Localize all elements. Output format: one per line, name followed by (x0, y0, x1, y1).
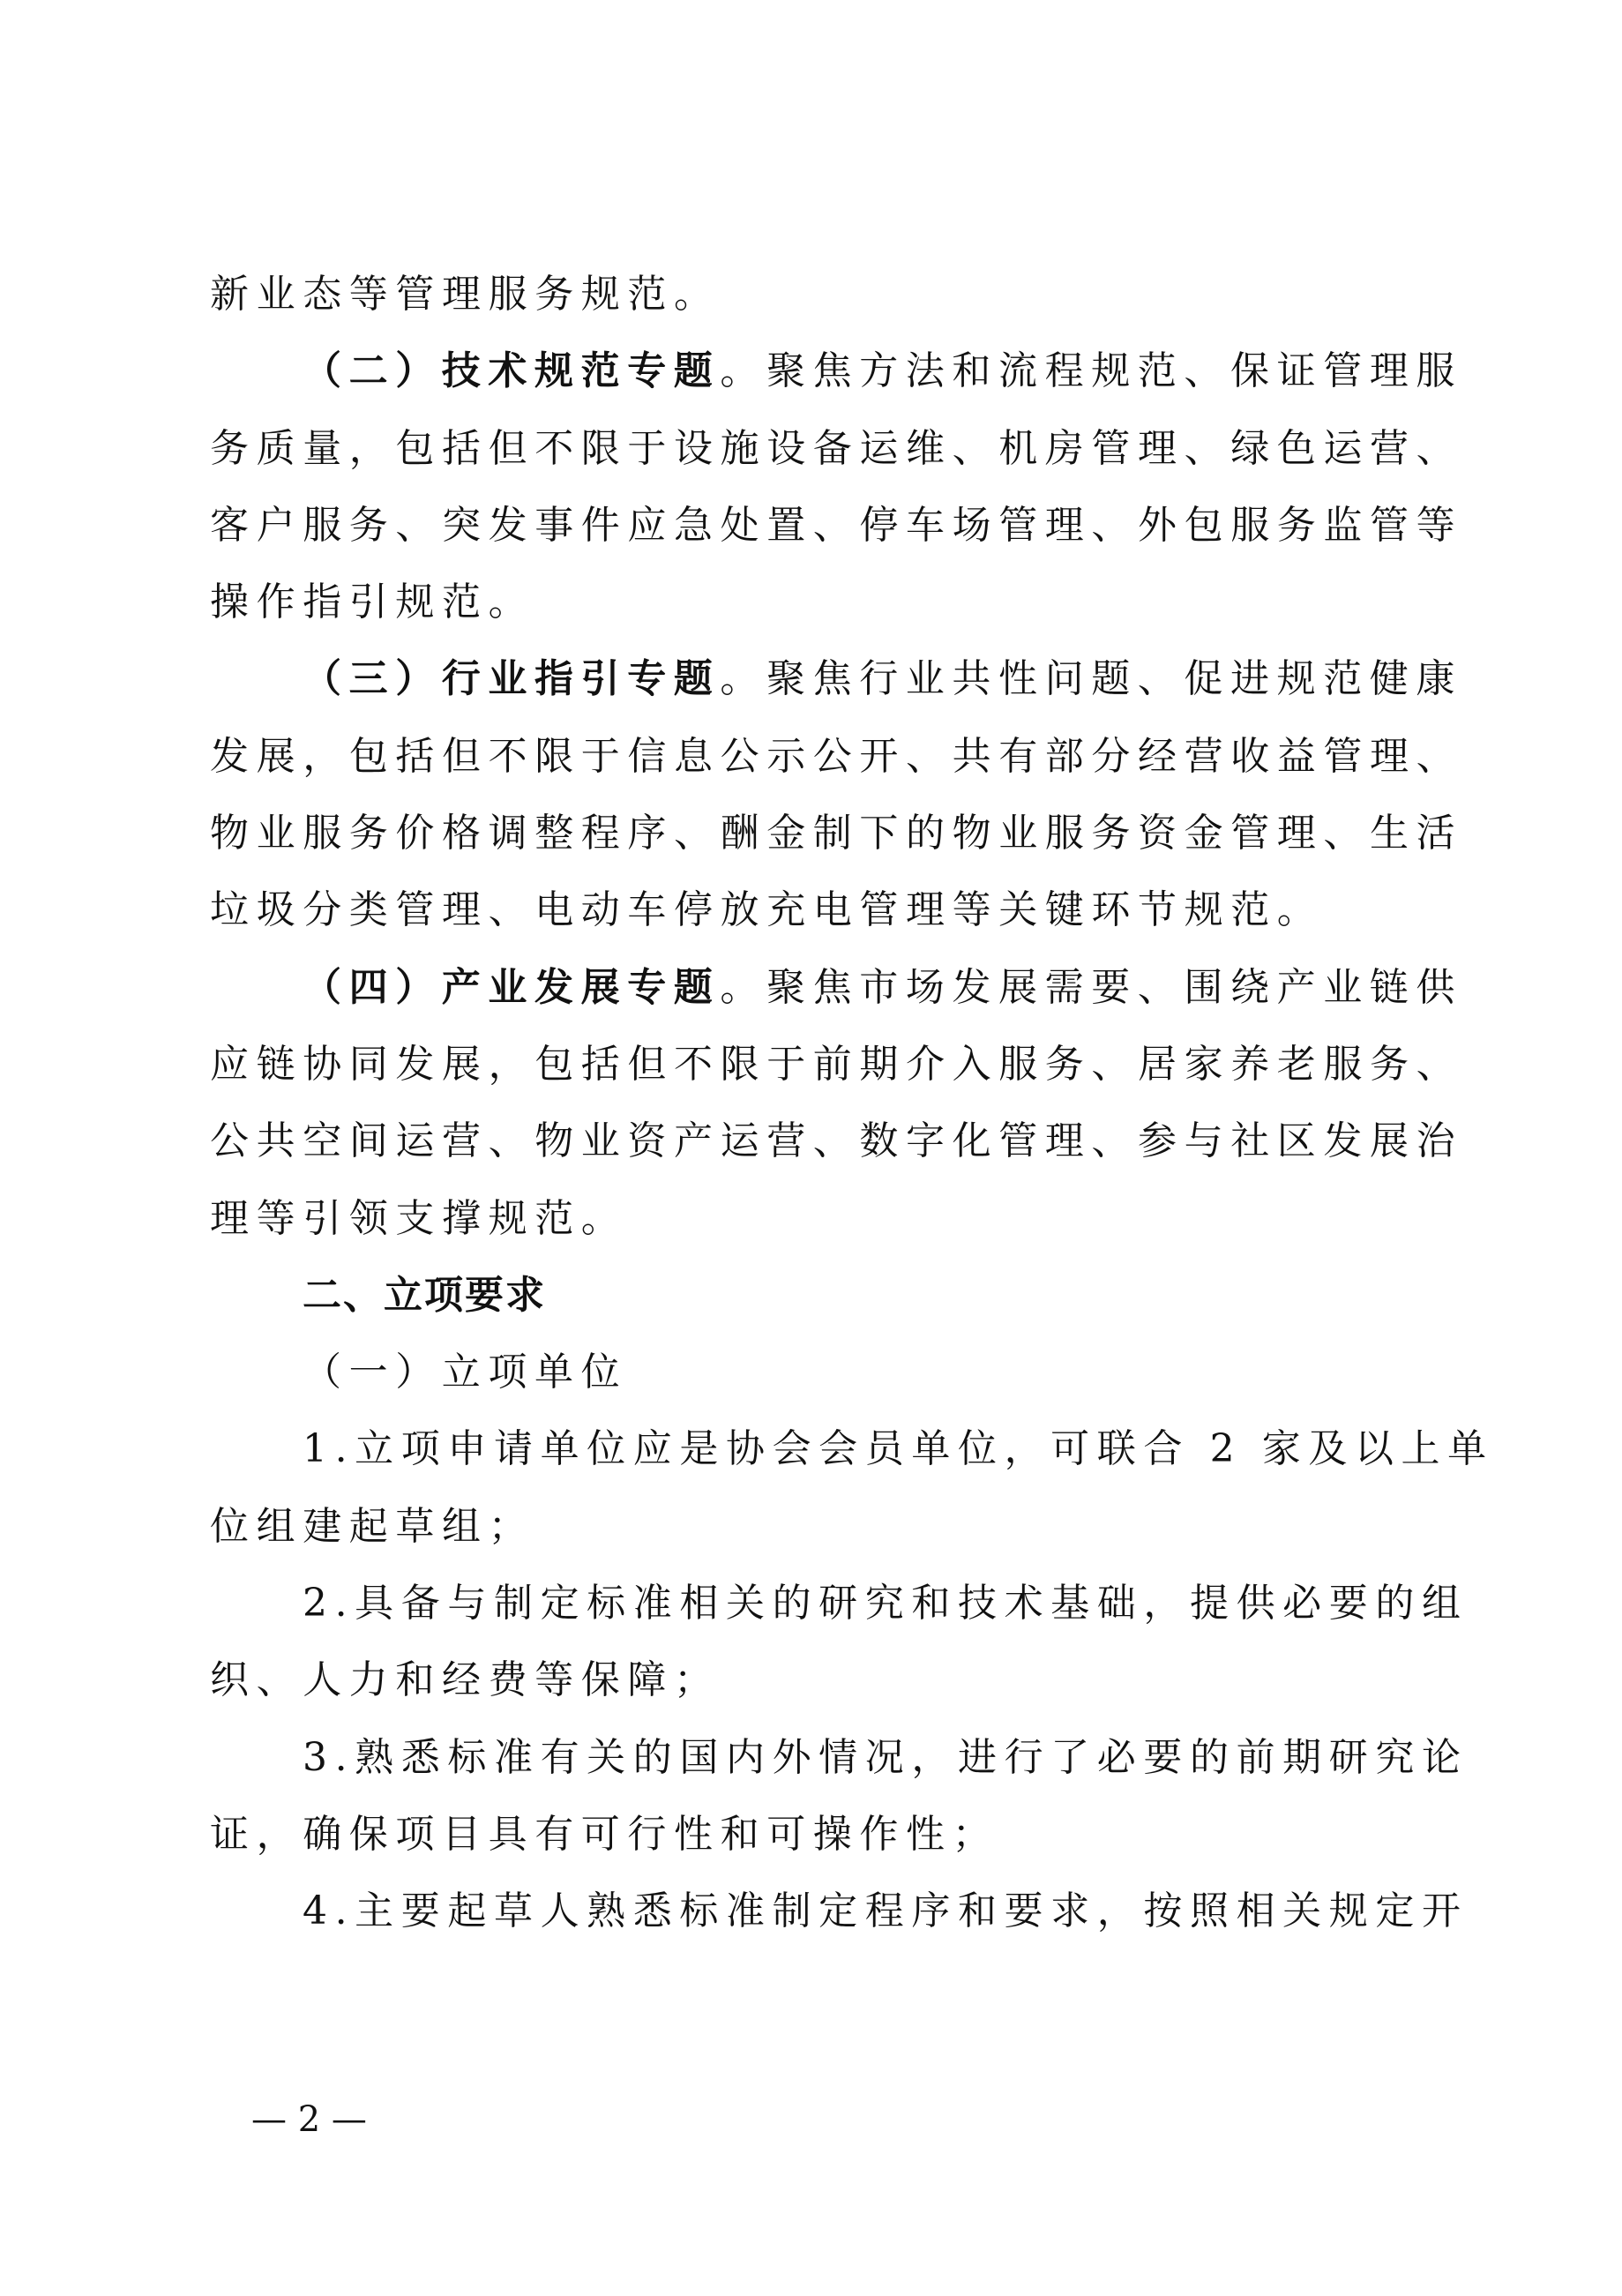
line-text: 织、人力和经费等保障； (210, 1657, 721, 1702)
line-text: 操作指引规范。 (210, 580, 534, 624)
list-item-line: 位组建起草组； (210, 1488, 1416, 1565)
subsection-heading: （一）立项单位 (210, 1334, 1416, 1410)
line-text: 新业态等管理服务规范。 (210, 272, 721, 317)
document-body: 新业态等管理服务规范。 （二）技术规范专题。聚焦方法和流程规范、保证管理服 务质… (210, 256, 1416, 1950)
line-text: 4.主要起草人熟悉标准制定程序和要求，按照相关规定开 (303, 1888, 1469, 1933)
page-number: — 2 — (251, 2098, 367, 2142)
line-text: 物业服务价格调整程序、酬金制下的物业服务资金管理、生活 (210, 811, 1462, 856)
line-text: 发展，包括但不限于信息公示公开、共有部分经营收益管理、 (210, 734, 1462, 779)
list-item-line: 2.具备与制定标准相关的研究和技术基础，提供必要的组 (210, 1565, 1416, 1642)
line-text: 。聚焦行业共性问题、促进规范健康 (720, 656, 1462, 701)
line-text: 公共空间运营、物业资产运营、数字化管理、参与社区发展治 (210, 1118, 1462, 1163)
paragraph-line: 公共空间运营、物业资产运营、数字化管理、参与社区发展治 (210, 1103, 1416, 1179)
topic-heading-line: （二）技术规范专题。聚焦方法和流程规范、保证管理服 (210, 333, 1416, 409)
paragraph-line: 操作指引规范。 (210, 564, 1416, 640)
list-item-line: 4.主要起草人熟悉标准制定程序和要求，按照相关规定开 (210, 1873, 1416, 1949)
topic-heading: （二）技术规范专题 (303, 348, 720, 393)
line-text: 1.立项申请单位应是协会会员单位，可联合 2 家及以上单 (303, 1426, 1494, 1471)
list-item-line: 1.立项申请单位应是协会会员单位，可联合 2 家及以上单 (210, 1410, 1416, 1487)
topic-heading: （三）行业指引专题 (303, 656, 720, 701)
paragraph-line: 客户服务、突发事件应急处置、停车场管理、外包服务监管等 (210, 487, 1416, 564)
line-text: 务质量，包括但不限于设施设备运维、机房管理、绿色运营、 (210, 426, 1462, 471)
subsection-heading-text: （一）立项单位 (303, 1350, 627, 1395)
line-text: 应链协同发展，包括但不限于前期介入服务、居家养老服务、 (210, 1042, 1462, 1087)
list-item-line: 织、人力和经费等保障； (210, 1642, 1416, 1718)
topic-heading-line: （四）产业发展专题。聚焦市场发展需要、围绕产业链供 (210, 949, 1416, 1026)
line-text: 3.熟悉标准有关的国内外情况，进行了必要的前期研究论 (303, 1735, 1469, 1780)
paragraph-line: 务质量，包括但不限于设施设备运维、机房管理、绿色运营、 (210, 410, 1416, 487)
line-text: 。聚焦市场发展需要、围绕产业链供 (720, 965, 1462, 1010)
paragraph-line: 理等引领支撑规范。 (210, 1180, 1416, 1257)
line-text: 理等引领支撑规范。 (210, 1196, 627, 1241)
section-heading-text: 二、立项要求 (303, 1273, 546, 1318)
paragraph-line: 新业态等管理服务规范。 (210, 256, 1416, 333)
line-text: 2.具备与制定标准相关的研究和技术基础，提供必要的组 (303, 1581, 1469, 1626)
paragraph-line: 发展，包括但不限于信息公示公开、共有部分经营收益管理、 (210, 718, 1416, 795)
paragraph-line: 物业服务价格调整程序、酬金制下的物业服务资金管理、生活 (210, 795, 1416, 871)
line-text: 位组建起草组； (210, 1504, 534, 1549)
line-text: 证，确保项目具有可行性和可操作性； (210, 1812, 998, 1857)
list-item-line: 证，确保项目具有可行性和可操作性； (210, 1796, 1416, 1873)
topic-heading: （四）产业发展专题 (303, 965, 720, 1010)
document-page: 新业态等管理服务规范。 （二）技术规范专题。聚焦方法和流程规范、保证管理服 务质… (0, 0, 1622, 2296)
topic-heading-line: （三）行业指引专题。聚焦行业共性问题、促进规范健康 (210, 640, 1416, 717)
line-text: 。聚焦方法和流程规范、保证管理服 (720, 348, 1462, 393)
list-item-line: 3.熟悉标准有关的国内外情况，进行了必要的前期研究论 (210, 1719, 1416, 1796)
line-text: 客户服务、突发事件应急处置、停车场管理、外包服务监管等 (210, 503, 1462, 548)
section-heading: 二、立项要求 (210, 1257, 1416, 1334)
paragraph-line: 应链协同发展，包括但不限于前期介入服务、居家养老服务、 (210, 1026, 1416, 1103)
line-text: 垃圾分类管理、电动车停放充电管理等关键环节规范。 (210, 887, 1323, 932)
paragraph-line: 垃圾分类管理、电动车停放充电管理等关键环节规范。 (210, 871, 1416, 948)
